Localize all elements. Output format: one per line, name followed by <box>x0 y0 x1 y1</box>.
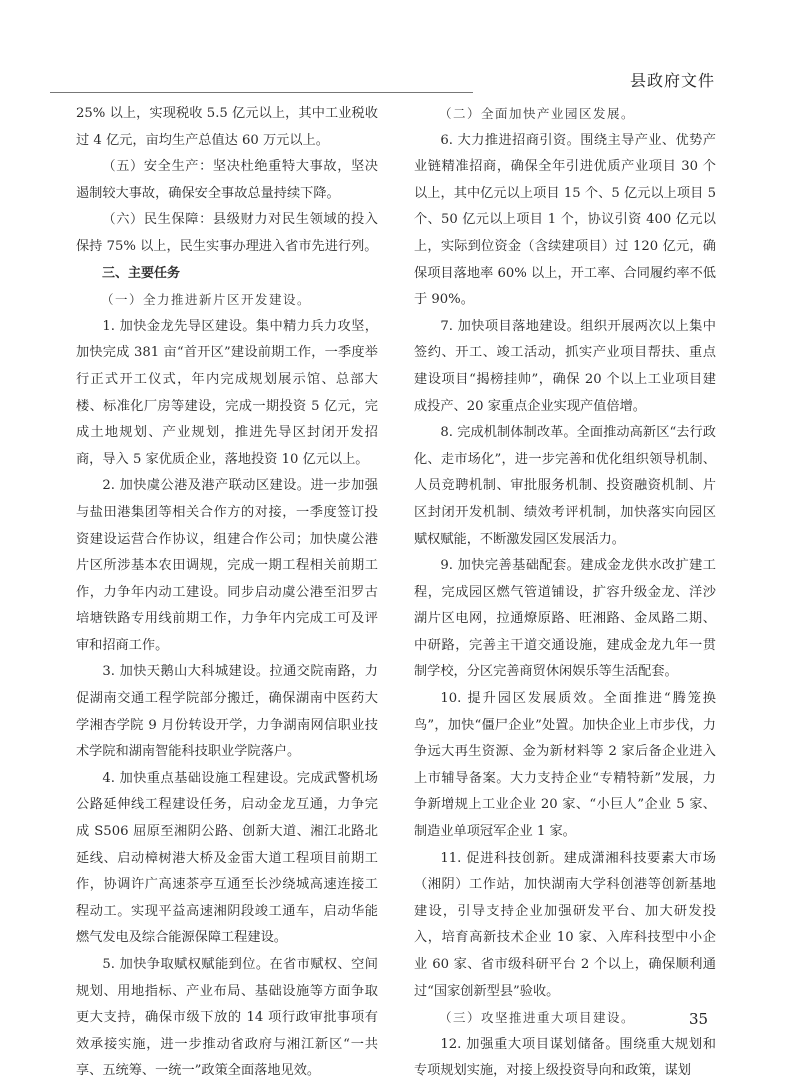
page-number: 35 <box>689 1010 708 1028</box>
running-header-title: 县政府文件 <box>630 68 715 91</box>
left-column: 25% 以上，实现税收 5.5 亿元以上，其中工业税收过 4 亿元，亩均生产总值… <box>76 101 378 1077</box>
paragraph-item-2: 2. 加快虞公港及港产联动区建设。进一步加强与盐田港集团等相关合作方的对接，一季… <box>76 473 378 659</box>
paragraph-item-10: 10. 提升园区发展质效。全面推进“腾笼换鸟”，加快“僵尸企业”处置。加快企业上… <box>414 686 716 846</box>
subheading-major-projects: （三）攻坚推进重大项目建设。 <box>414 1005 716 1032</box>
paragraph-livelihood: （六）民生保障：县级财力对民生领域的投入保持 75% 以上，民生实事办理进入省市… <box>76 207 378 260</box>
paragraph-item-3: 3. 加快天鹅山大科城建设。拉通交院南路，力促湖南交通工程学院部分搬迁，确保湖南… <box>76 659 378 765</box>
paragraph-item-6: 6. 大力推进招商引资。围绕主导产业、优势产业链精准招商，确保全年引进优质产业项… <box>414 128 716 314</box>
right-column: （二）全面加快产业园区发展。 6. 大力推进招商引资。围绕主导产业、优势产业链精… <box>414 101 716 1077</box>
paragraph-item-9: 9. 加快完善基础配套。建成金龙供水改扩建工程，完成园区燃气管道铺设，扩容升级金… <box>414 553 716 686</box>
paragraph-item-7: 7. 加快项目落地建设。组织开展两次以上集中签约、开工、竣工活动，抓实产业项目帮… <box>414 314 716 420</box>
paragraph-item-1: 1. 加快金龙先导区建设。集中精力兵力攻坚，加快完成 381 亩“首开区”建设前… <box>76 314 378 474</box>
header-divider <box>50 92 473 93</box>
paragraph-item-12: 12. 加强重大项目谋划储备。围绕重大规划和专项规划实施，对接上级投资导向和政策… <box>414 1032 716 1077</box>
paragraph-item-8: 8. 完成机制体制改革。全面推动高新区“去行政化、走市场化”，进一步完善和优化组… <box>414 420 716 553</box>
subheading-new-district: （一）全力推进新片区开发建设。 <box>76 287 378 314</box>
paragraph-item-5: 5. 加快争取赋权赋能到位。在省市赋权、空间规划、用地指标、产业布局、基础设施等… <box>76 952 378 1077</box>
paragraph-item-11: 11. 促进科技创新。建成潇湘科技要素大市场（湘阴）工作站，加快湖南大学科创港等… <box>414 846 716 1006</box>
paragraph-item-4: 4. 加快重点基础设施工程建设。完成武警机场公路延伸线工程建设任务，启动金龙互通… <box>76 766 378 952</box>
section-heading-main-tasks: 三、主要任务 <box>76 261 378 288</box>
paragraph-safety-production: （五）安全生产：坚决杜绝重特大事故，坚决遏制较大事故，确保安全事故总量持续下降。 <box>76 154 378 207</box>
subheading-industrial-park: （二）全面加快产业园区发展。 <box>414 101 716 128</box>
paragraph-revenue-continuation: 25% 以上，实现税收 5.5 亿元以上，其中工业税收过 4 亿元，亩均生产总值… <box>76 101 378 154</box>
